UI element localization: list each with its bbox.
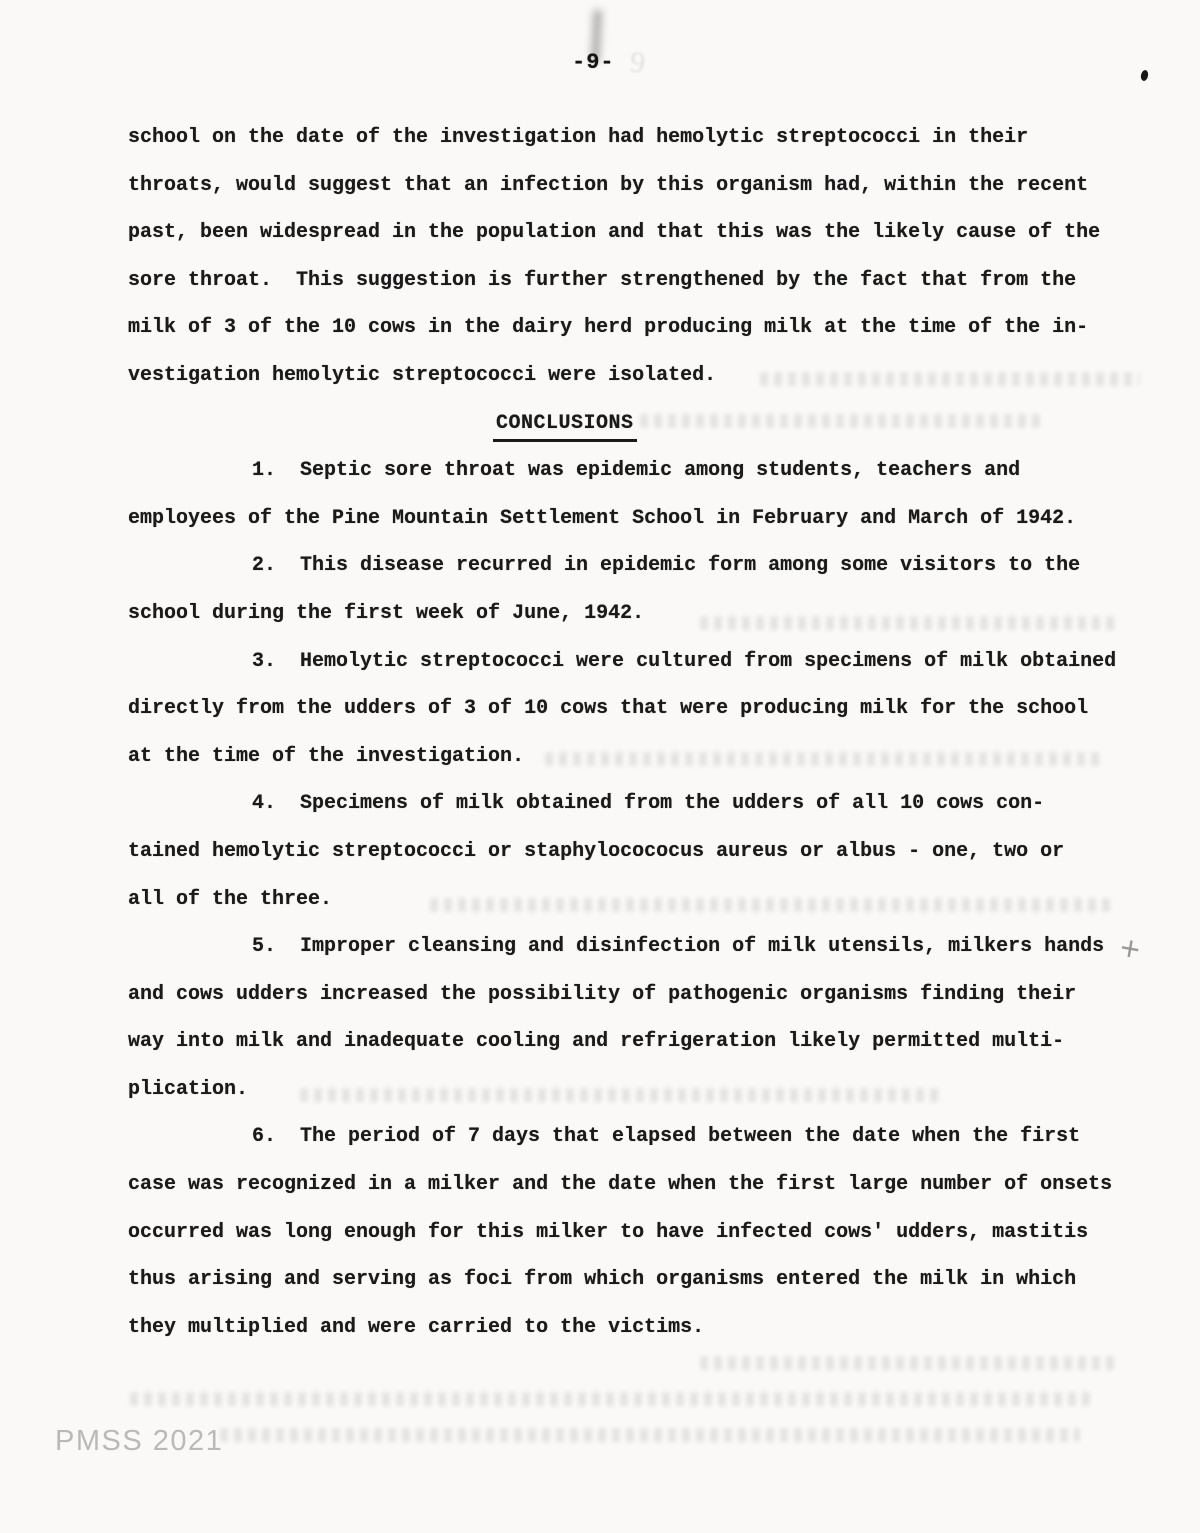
conclusion-item-line: occurred was long enough for this milker… bbox=[128, 1209, 1148, 1257]
intro-paragraph-line: throats, would suggest that an infection… bbox=[128, 162, 1148, 210]
bleed-through-artifact bbox=[130, 1392, 1090, 1406]
bleed-through-artifact bbox=[640, 414, 1040, 428]
conclusion-item-line: 5. Improper cleansing and disinfection o… bbox=[128, 923, 1148, 971]
intro-paragraph-line: sore throat. This suggestion is further … bbox=[128, 257, 1148, 305]
bleed-through-artifact bbox=[220, 1428, 1080, 1442]
conclusion-item-line: employees of the Pine Mountain Settlemen… bbox=[128, 495, 1148, 543]
conclusion-item-line: school during the first week of June, 19… bbox=[128, 590, 1148, 638]
intro-paragraph-line: school on the date of the investigation … bbox=[128, 114, 1148, 162]
bleed-through-artifact bbox=[300, 1088, 940, 1102]
bleed-through-artifact bbox=[760, 372, 1140, 386]
conclusion-item-line: thus arising and serving as foci from wh… bbox=[128, 1256, 1148, 1304]
scanned-document-page: -9- 9 school on the date of the investig… bbox=[0, 0, 1200, 1533]
conclusion-item-line: tained hemolytic streptococci or staphyl… bbox=[128, 828, 1148, 876]
conclusion-item-line: 1. Septic sore throat was epidemic among… bbox=[128, 447, 1148, 495]
ink-dot-artifact bbox=[1140, 69, 1149, 81]
conclusion-item-line: 4. Specimens of milk obtained from the u… bbox=[128, 780, 1148, 828]
bleed-through-artifact bbox=[700, 616, 1120, 630]
conclusion-item-line: and cows udders increased the possibilit… bbox=[128, 971, 1148, 1019]
section-heading: CONCLUSIONS bbox=[493, 411, 637, 442]
conclusion-item-line: case was recognized in a milker and the … bbox=[128, 1161, 1148, 1209]
bleed-through-artifact bbox=[700, 1356, 1120, 1370]
ghost-digit-artifact: 9 bbox=[628, 45, 646, 80]
conclusion-item-line: 3. Hemolytic streptococci were cultured … bbox=[128, 638, 1148, 686]
intro-paragraph-line: milk of 3 of the 10 cows in the dairy he… bbox=[128, 304, 1148, 352]
conclusion-item-line: 2. This disease recurred in epidemic for… bbox=[128, 542, 1148, 590]
bleed-through-artifact bbox=[545, 752, 1105, 766]
bleed-through-artifact bbox=[430, 898, 1110, 912]
document-body: school on the date of the investigation … bbox=[128, 114, 1148, 1351]
conclusion-item-line: they multiplied and were carried to the … bbox=[128, 1304, 1148, 1352]
archive-watermark: PMSS 2021 bbox=[55, 1425, 223, 1458]
intro-paragraph-line: past, been widespread in the population … bbox=[128, 209, 1148, 257]
conclusion-item-line: 6. The period of 7 days that elapsed bet… bbox=[128, 1113, 1148, 1161]
conclusion-item-line: way into milk and inadequate cooling and… bbox=[128, 1018, 1148, 1066]
conclusion-item-line: directly from the udders of 3 of 10 cows… bbox=[128, 685, 1148, 733]
page-number: -9- bbox=[572, 50, 615, 75]
